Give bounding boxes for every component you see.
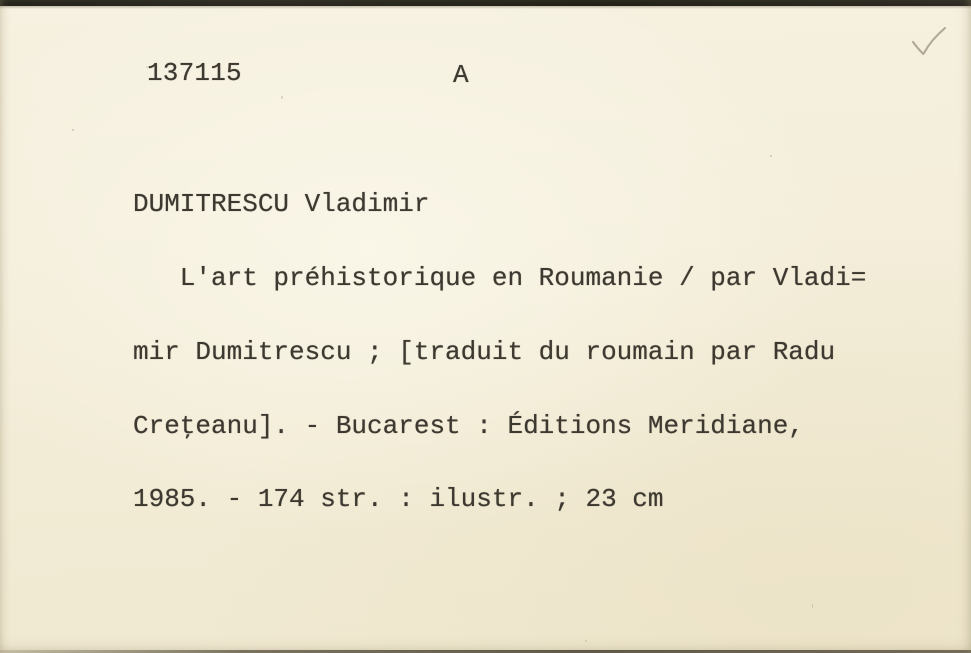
paper-speck xyxy=(770,155,772,157)
entry-collation-line: 1985. - 174 str. : ilustr. ; 23 cm xyxy=(133,487,866,512)
scan-top-edge xyxy=(0,0,971,6)
catalog-entry: DUMITRESCU Vladimir L'art préhistorique … xyxy=(133,143,866,561)
pencil-checkmark-icon xyxy=(905,22,957,64)
paper-speck xyxy=(812,604,813,608)
paper-speck xyxy=(585,640,587,642)
entry-imprint-line: Creţeanu]. - Bucarest : Éditions Meridia… xyxy=(133,414,866,439)
catalog-card-scan: 137115 A DUMITRESCU Vladimir L'art préhi… xyxy=(0,0,971,653)
entry-title-line: L'art préhistorique en Roumanie / par Vl… xyxy=(133,266,866,291)
entry-statement-line: mir Dumitrescu ; [traduit du roumain par… xyxy=(133,340,866,365)
section-letter: A xyxy=(453,62,469,88)
paper-speck xyxy=(72,129,74,131)
call-number: 137115 xyxy=(147,60,242,86)
entry-author-heading: DUMITRESCU Vladimir xyxy=(133,192,866,217)
paper-speck xyxy=(146,66,148,68)
paper-speck xyxy=(281,96,283,99)
